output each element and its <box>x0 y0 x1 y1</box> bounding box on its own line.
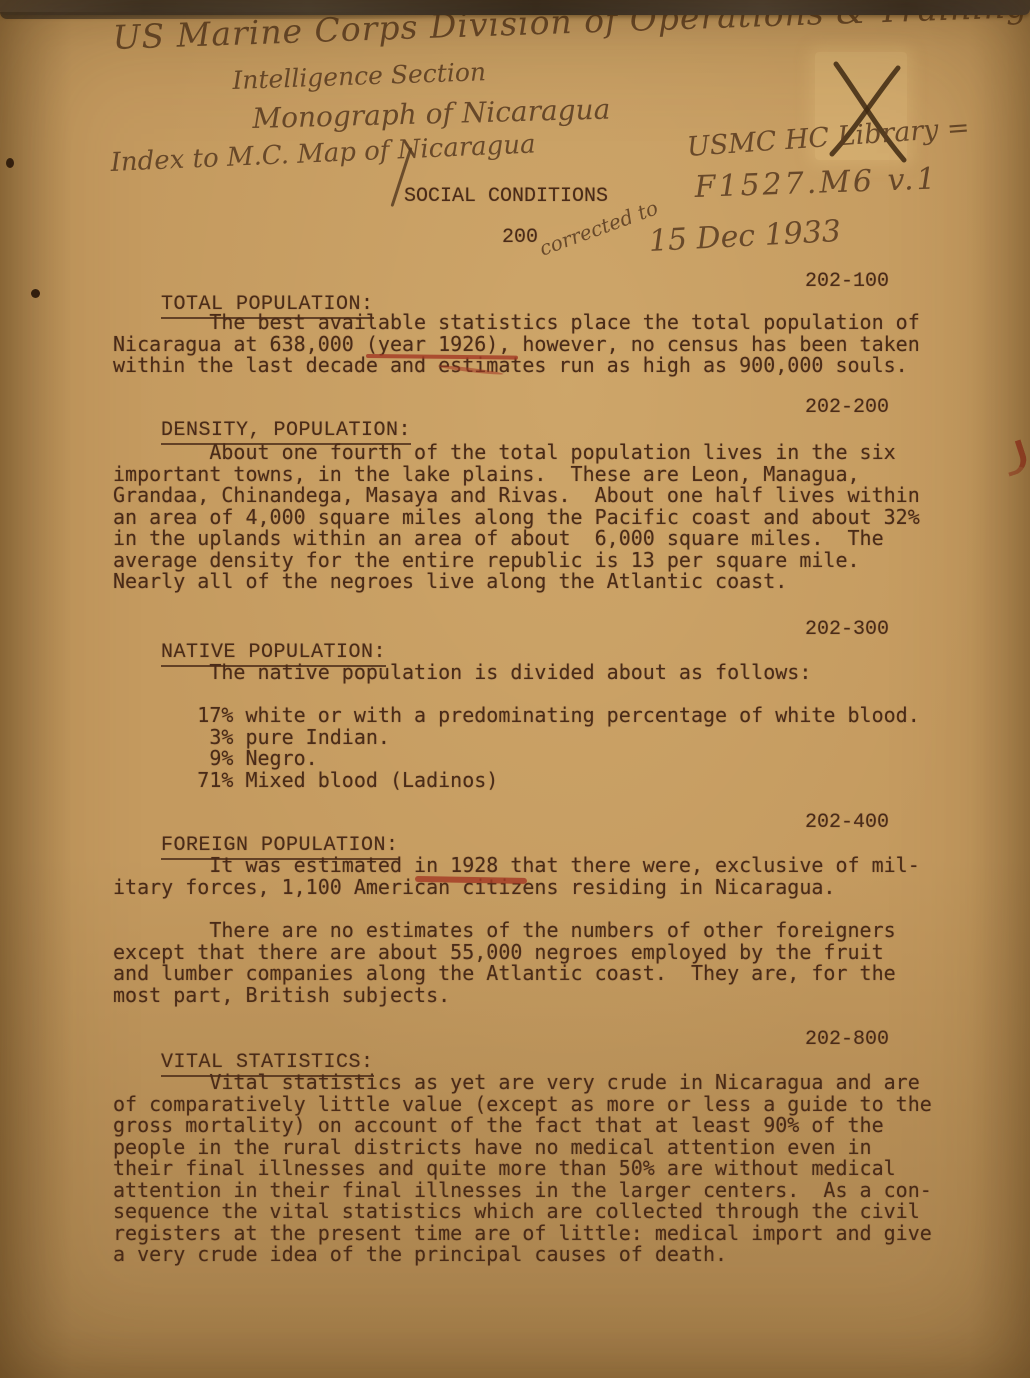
section-code: 202-100 <box>805 271 889 293</box>
page-title: SOCIAL CONDITIONS <box>404 186 608 208</box>
paper-top-edge-shadow <box>0 12 430 19</box>
section-paragraph: There are no estimates of the numbers of… <box>113 920 896 1006</box>
paper-speck <box>6 158 14 168</box>
handwritten-correction-date: 15 Dec 1933 <box>648 214 842 259</box>
population-breakdown-list: 17% white or with a predominating percen… <box>113 705 920 791</box>
section-code: 202-800 <box>805 1029 889 1051</box>
paper-speck <box>31 289 40 298</box>
red-edge-mark <box>1000 439 1030 476</box>
section-paragraph: About one fourth of the total population… <box>113 442 920 593</box>
section-paragraph: The best available statistics place the … <box>113 312 920 377</box>
section-paragraph: It was estimated in 1928 that there were… <box>113 855 920 898</box>
section-code: 202-300 <box>805 619 889 641</box>
handwritten-header-line4: Index to M.C. Map of Nicaragua <box>110 129 536 178</box>
section-code: 202-200 <box>805 397 889 419</box>
section-paragraph: The native population is divided about a… <box>113 662 811 684</box>
handwritten-call-number: F1527.M6 v.1 <box>694 161 939 204</box>
scanned-page: US Marine Corps Division of Operations &… <box>0 0 1030 1378</box>
section-code: 202-400 <box>805 812 889 834</box>
handwritten-header-line3: Monograph of Nicaragua <box>252 93 611 135</box>
handwritten-header-line2: Intelligence Section <box>232 57 486 95</box>
chapter-number: 200 <box>502 227 538 249</box>
section-paragraph: Vital statistics as yet are very crude i… <box>113 1072 932 1266</box>
